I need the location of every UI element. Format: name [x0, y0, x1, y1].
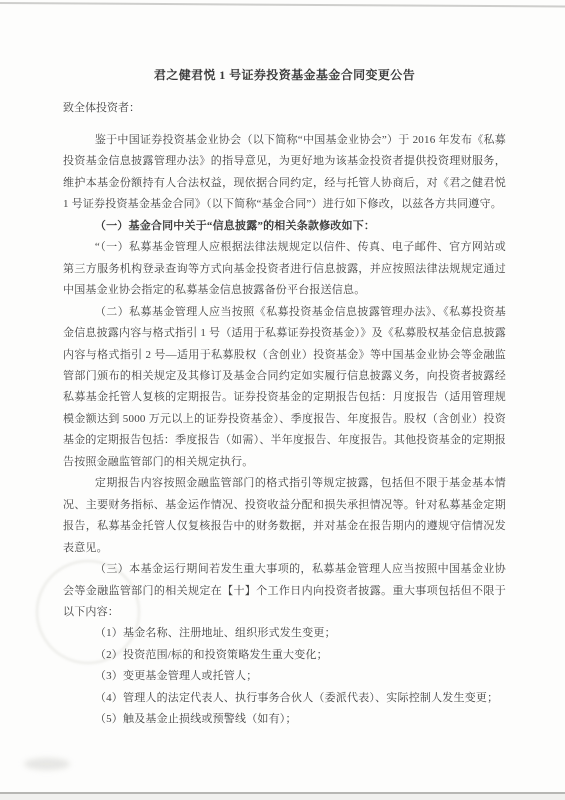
scan-top-edge-artifact	[0, 2, 565, 8]
document-title: 君之健君悦 1 号证券投资基金基金合同变更公告	[63, 64, 506, 86]
list-item-1: （1）基金名称、注册地址、组织形式发生变更；	[63, 623, 506, 644]
list-item-2: （2）投资范围/标的和投资策略发生重大变化；	[63, 645, 506, 666]
paragraph-clause-3: （三）本基金运行期间若发生重大事项的，私募基金管理人应当按照中国基金业协会等金融…	[63, 559, 506, 623]
paragraph-periodic-report: 定期报告内容按照金融监管部门的格式指引等规定披露，包括但不限于基金基本情况、主要…	[63, 473, 506, 559]
scan-bottom-edge-artifact	[0, 792, 565, 800]
paragraph-clause-1: “（一）私募基金管理人应根据法律法规规定以信件、传真、电子邮件、官方网站或第三方…	[63, 237, 506, 301]
paragraph-clause-2: （二）私募基金管理人应当按照《私募投资基金信息披露管理办法》、《私募投资基金信息…	[63, 302, 506, 474]
salutation: 致全体投资者：	[63, 97, 506, 119]
list-item-5: （5）触及基金止损线或预警线（如有）；	[63, 709, 506, 730]
section-heading-1: （一）基金合同中关于“信息披露”的相关条款修改如下：	[63, 216, 506, 237]
list-item-4: （4）管理人的法定代表人、执行事务合伙人（委派代表）、实际控制人发生变更；	[63, 688, 506, 709]
document-body: 君之健君悦 1 号证券投资基金基金合同变更公告 致全体投资者： 鉴于中国证券投资…	[63, 64, 506, 731]
list-item-3: （3）变更基金管理人或托管人；	[63, 666, 506, 687]
scanned-page: 君之健君悦 1 号证券投资基金基金合同变更公告 致全体投资者： 鉴于中国证券投资…	[0, 0, 565, 800]
paragraph-preamble: 鉴于中国证券投资基金业协会（以下简称“中国基金业协会”）于 2016 年发布《私…	[63, 130, 506, 216]
scan-smudge-artifact	[24, 758, 70, 770]
